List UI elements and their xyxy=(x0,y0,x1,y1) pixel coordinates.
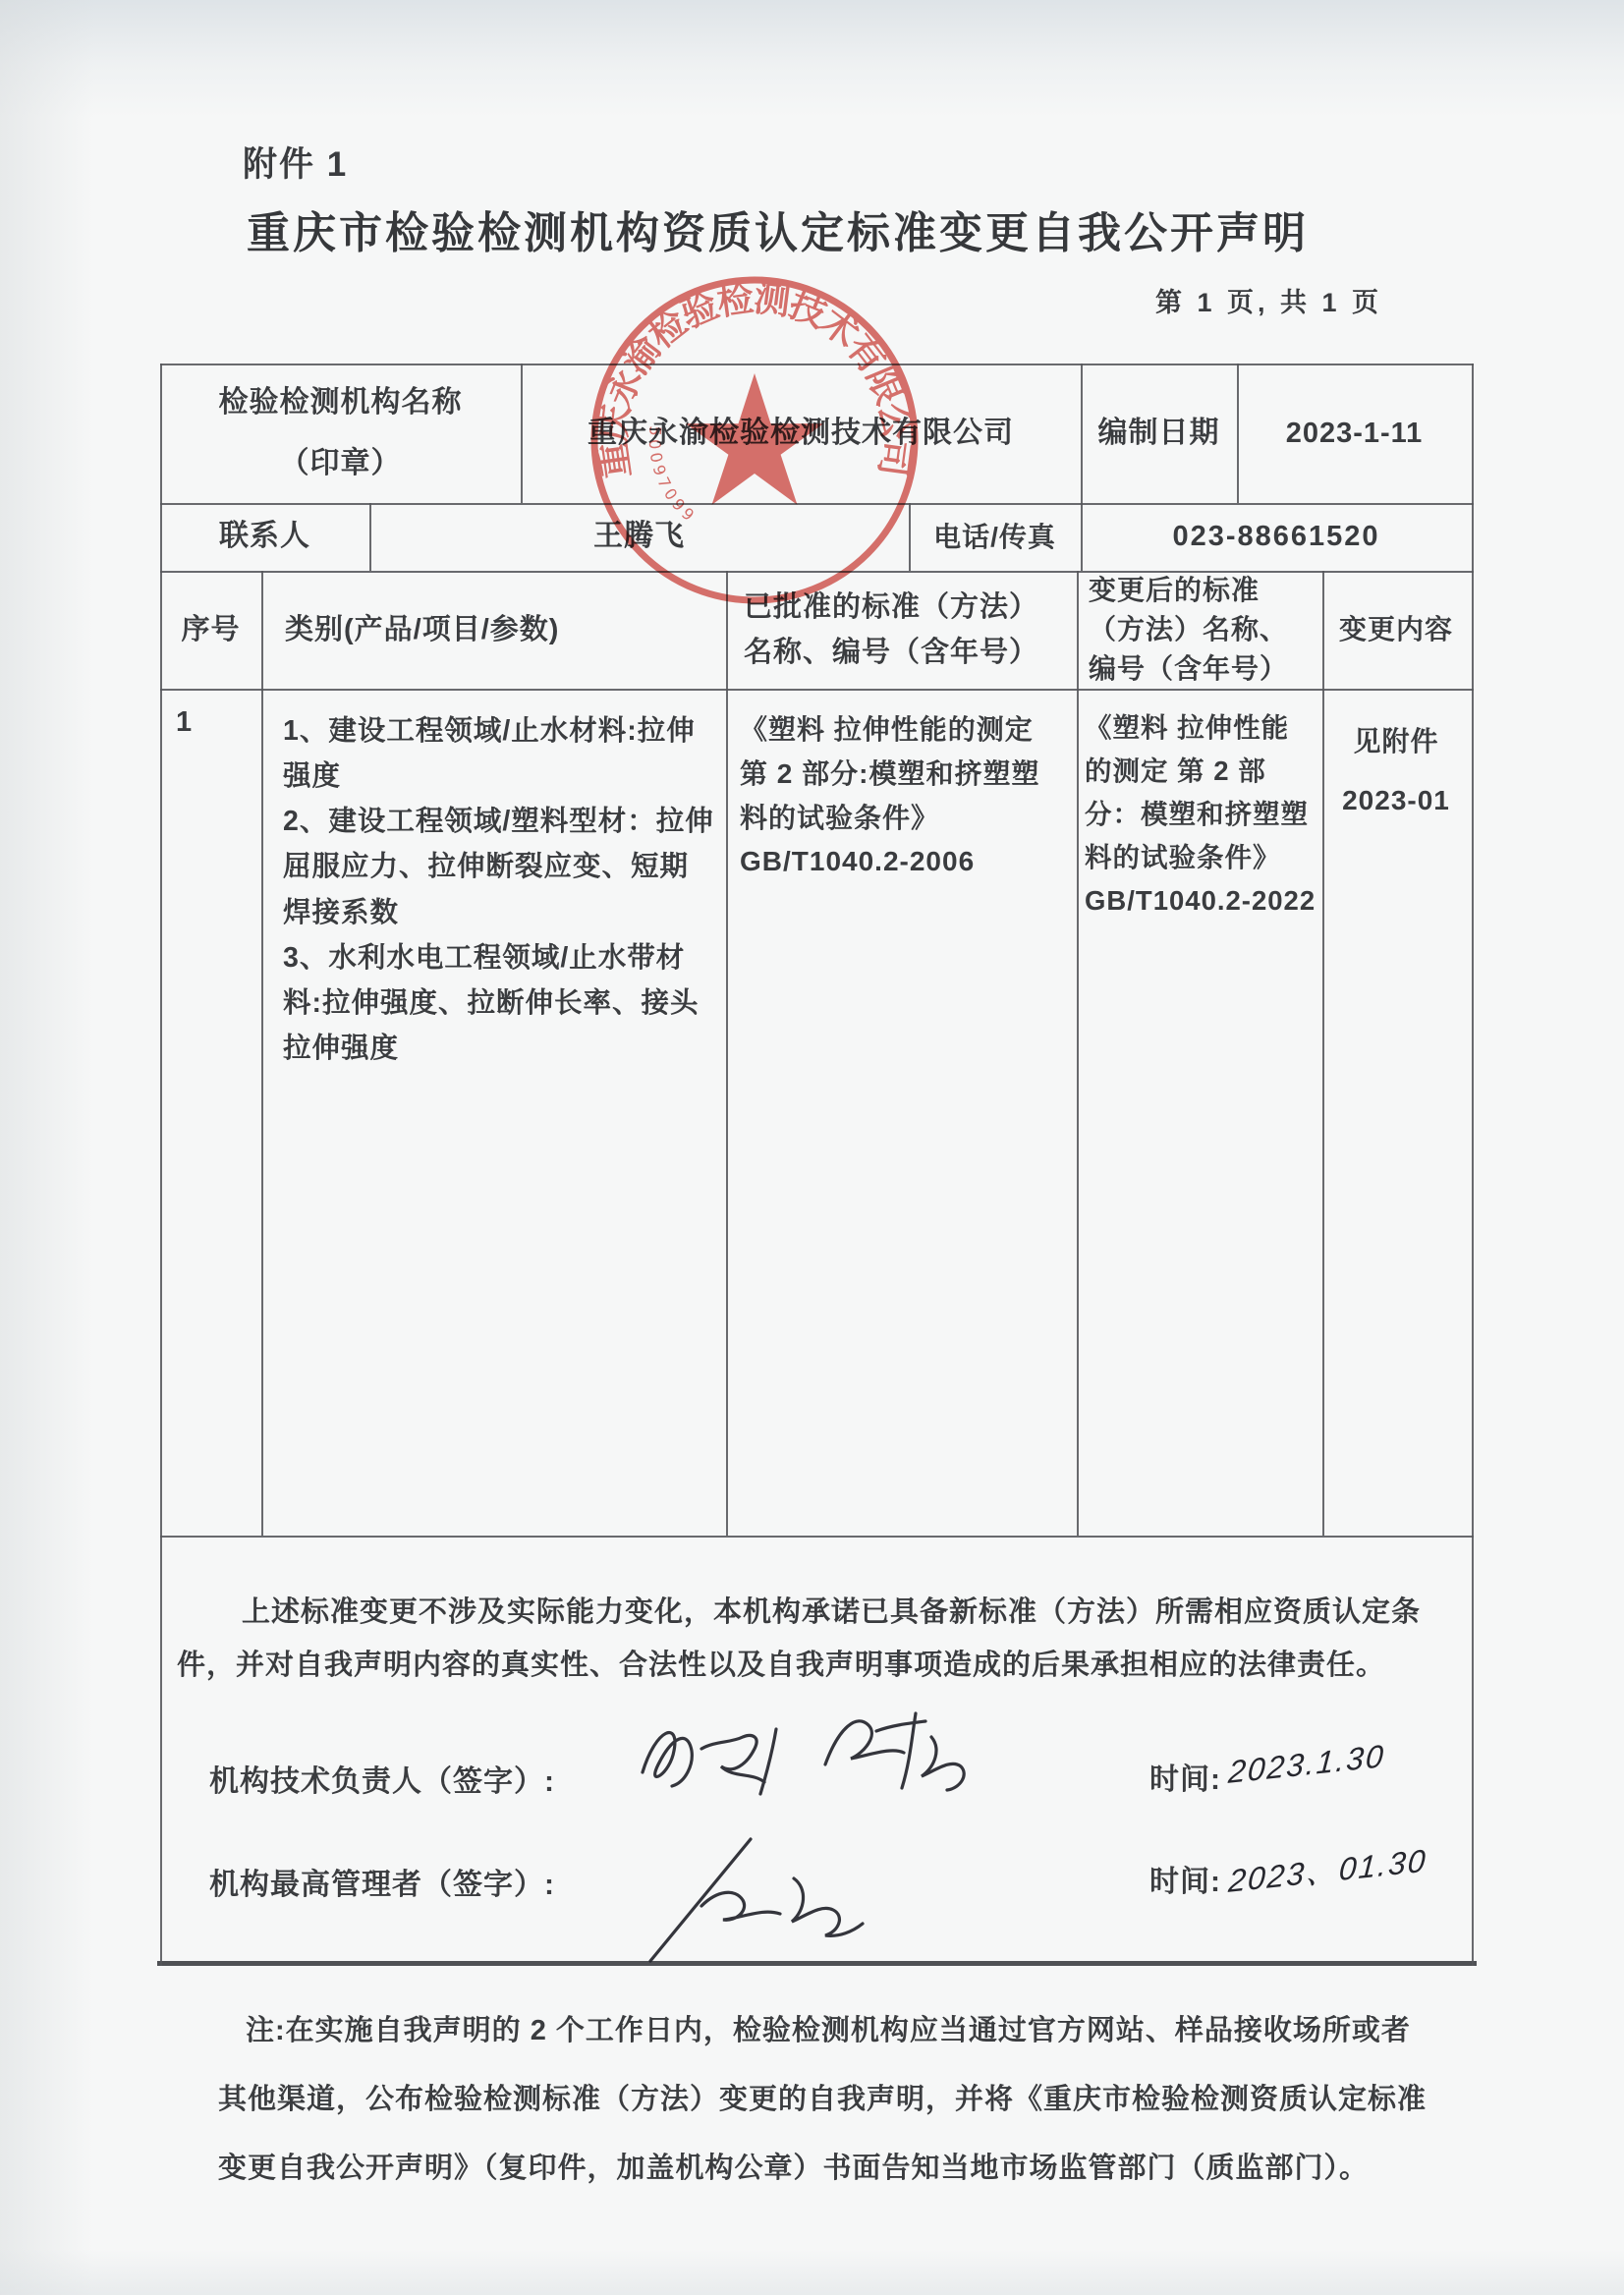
seal-star-icon xyxy=(686,373,824,505)
scan-artifact-bottom xyxy=(0,2250,1624,2295)
tech-lead-signature xyxy=(619,1702,1061,1812)
note-paragraph: 注:在实施自我声明的 2 个工作日内，检验检测机构应当通过官方网站、样品接收场所… xyxy=(218,1996,1428,2204)
declaration-paragraph: 上述标准变更不涉及实际能力变化，本机构承诺已具备新标准（方法）所需相应资质认定条… xyxy=(177,1587,1454,1692)
manager-signature xyxy=(629,1829,963,1979)
org-name-label-cell: 检验检测机构名称 （印章） xyxy=(162,365,519,501)
scanned-declaration-page: { "page": { "attachment_label": "附件 1", … xyxy=(0,0,1624,2295)
page-number: 第 1 页, 共 1 页 xyxy=(1155,281,1382,319)
phone-value-cell: 023-88661520 xyxy=(1083,505,1470,569)
header-no: 序号 xyxy=(162,573,259,687)
company-seal: 重庆永渝检验检测技术有限公司 50097099 xyxy=(578,263,931,617)
tech-lead-time-value: 2023.1.30 xyxy=(1227,1738,1386,1791)
svg-text:50097099: 50097099 xyxy=(645,425,700,528)
phone-label-cell: 电话/传真 xyxy=(911,505,1079,569)
table-border-line xyxy=(160,689,1474,691)
tech-lead-time-row: 时间: 2023.1.30 xyxy=(1149,1755,1384,1798)
scan-artifact-top xyxy=(0,0,1624,118)
date-label-cell: 编制日期 xyxy=(1083,365,1235,501)
manager-time-label: 时间: xyxy=(1149,1857,1221,1900)
tech-lead-signature-label: 机构技术负责人（签字）: xyxy=(209,1757,555,1800)
contact-label-cell: 联系人 xyxy=(162,505,367,569)
page-title: 重庆市检验检测机构资质认定标准变更自我公开声明 xyxy=(247,197,1309,260)
org-name-sublabel: （印章） xyxy=(280,441,402,487)
seal-serial-text: 50097099 xyxy=(645,425,700,528)
tech-lead-time-label: 时间: xyxy=(1149,1755,1221,1798)
attachment-label: 附件 1 xyxy=(243,138,348,187)
row-changed-standard: 《塑料 拉伸性能的测定 第 2 部分：模塑和挤塑塑料的试验条件》 GB/T104… xyxy=(1077,699,1320,1534)
table-border-line xyxy=(1472,364,1474,1966)
row-change-content: 见附件 2023-01 xyxy=(1322,699,1470,1534)
scan-artifact-left xyxy=(0,0,93,2295)
table-border-line xyxy=(160,1536,1474,1538)
manager-signature-label: 机构最高管理者（签字）: xyxy=(209,1860,555,1903)
row-no: 1 xyxy=(162,700,259,1534)
org-name-label: 检验检测机构名称 xyxy=(219,380,463,426)
manager-time-row: 时间: 2023、01.30 xyxy=(1149,1857,1427,1902)
header-changed-standard: 变更后的标准（方法）名称、编号（含年号） xyxy=(1077,573,1320,687)
header-change-content: 变更内容 xyxy=(1322,573,1470,687)
row-approved-standard: 《塑料 拉伸性能的测定 第 2 部分:模塑和挤塑塑料的试验条件》 GB/T104… xyxy=(726,699,1075,1534)
manager-time-value: 2023、01.30 xyxy=(1227,1835,1428,1902)
date-value-cell: 2023-1-11 xyxy=(1239,365,1470,501)
row-category: 1、建设工程领域/止水材料:拉伸强度 2、建设工程领域/塑料型材：拉伸屈服应力、… xyxy=(261,699,724,1534)
